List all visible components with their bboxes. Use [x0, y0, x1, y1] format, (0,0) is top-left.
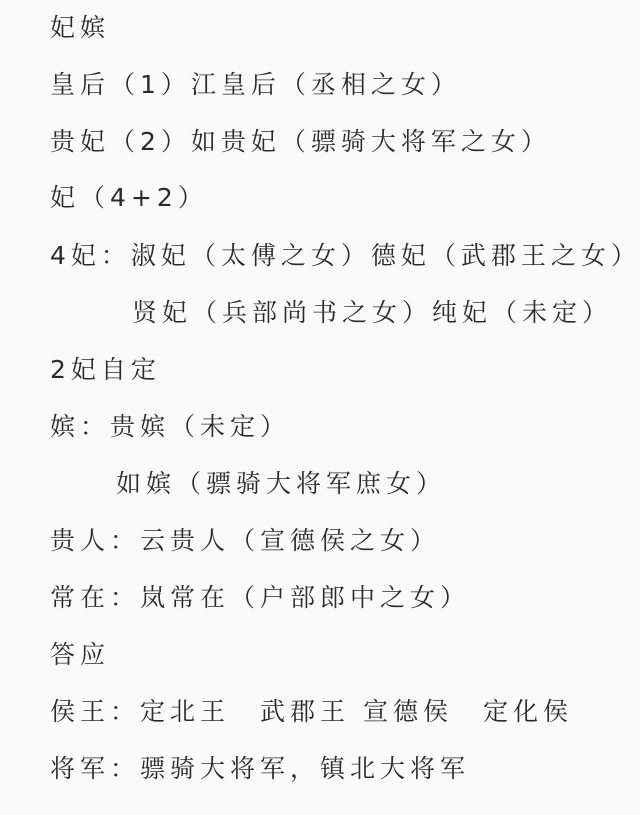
heading-consorts: 妃嫔: [50, 11, 110, 45]
line-generals: 将军：骠骑大将军，镇北大将军: [50, 752, 470, 786]
line-nobles: 侯王：定北王 武郡王 宣德侯 定化侯: [50, 695, 573, 729]
line-four-consorts: 4妃：淑妃（太傅之女）德妃（武郡王之女）: [50, 239, 640, 273]
line-concubine: 嫔：贵嫔（未定）: [50, 410, 290, 444]
line-second-attendant: 答应: [50, 638, 110, 672]
line-four-consorts-cont: 贤妃（兵部尚书之女）纯妃（未定）: [132, 296, 612, 330]
line-consort-count: 妃（4+2）: [50, 181, 208, 215]
line-concubine-cont: 如嫔（骠骑大将军庶女）: [116, 467, 446, 501]
line-two-consorts: 2妃自定: [50, 353, 161, 387]
line-noble-lady: 贵人：云贵人（宣德侯之女）: [50, 524, 440, 558]
line-first-attendant: 常在：岚常在（户部郎中之女）: [50, 581, 470, 615]
line-noble-consort: 贵妃（2）如贵妃（骠骑大将军之女）: [50, 125, 551, 159]
document-page: 妃嫔 皇后（1）江皇后（丞相之女） 贵妃（2）如贵妃（骠骑大将军之女） 妃（4+…: [0, 0, 640, 815]
line-empress: 皇后（1）江皇后（丞相之女）: [50, 68, 461, 102]
